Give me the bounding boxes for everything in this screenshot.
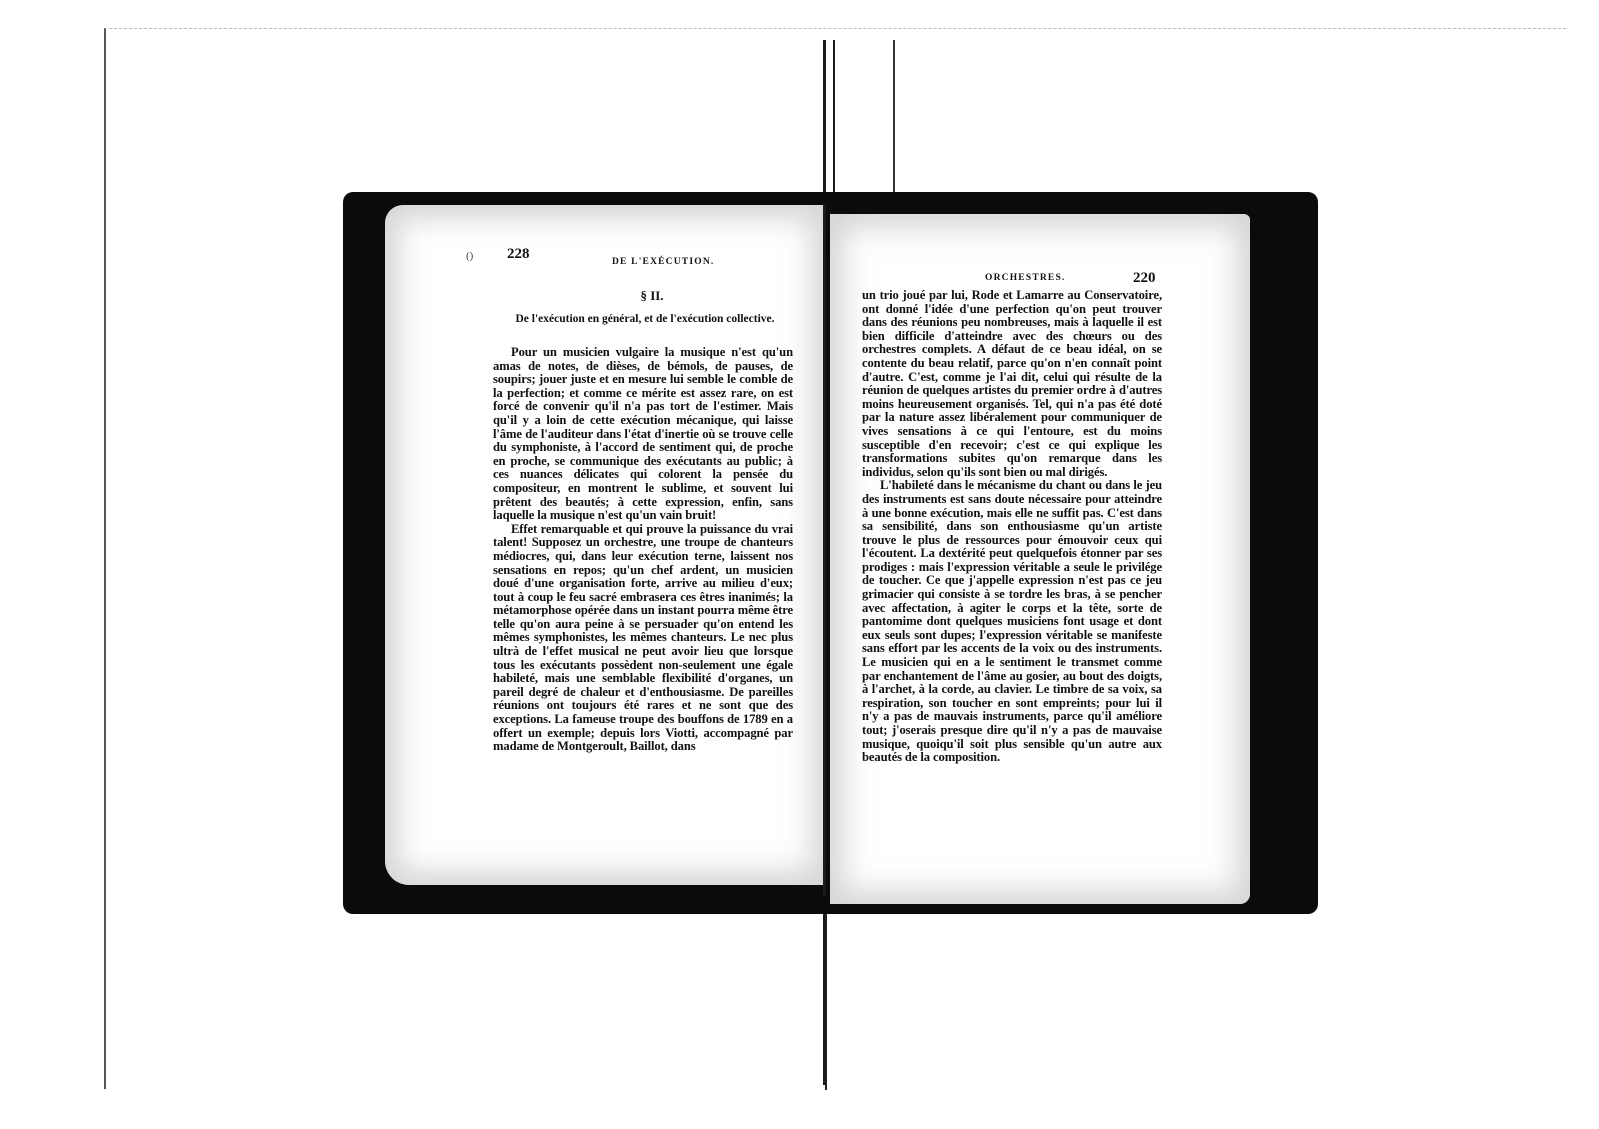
margin-mark: (): [466, 250, 473, 262]
running-head-right: ORCHESTRES.: [985, 273, 1066, 283]
fold-line: [825, 900, 827, 1090]
running-head-left: DE L'EXÉCUTION.: [612, 257, 714, 267]
paragraph: Pour un musicien vulgaire la musique n'e…: [493, 346, 793, 523]
paragraph: L'habileté dans le mécanisme du chant ou…: [862, 479, 1162, 764]
left-page-body: Pour un musicien vulgaire la musique n'e…: [493, 346, 793, 754]
book-spine: [823, 205, 826, 895]
paragraph: Effet remarquable et qui prouve la puiss…: [493, 523, 793, 754]
right-page-body: un trio joué par lui, Rode et Lamarre au…: [862, 289, 1162, 765]
section-title: De l'exécution en général, et de l'exécu…: [490, 313, 800, 325]
fold-line: [833, 40, 835, 210]
paragraph: un trio joué par lui, Rode et Lamarre au…: [862, 289, 1162, 479]
book-cover-edge: [1240, 214, 1318, 914]
page-number-left: 228: [507, 246, 530, 263]
page-number-right: 220: [1133, 270, 1156, 287]
fold-line: [893, 40, 895, 215]
section-number: § II.: [612, 288, 692, 304]
